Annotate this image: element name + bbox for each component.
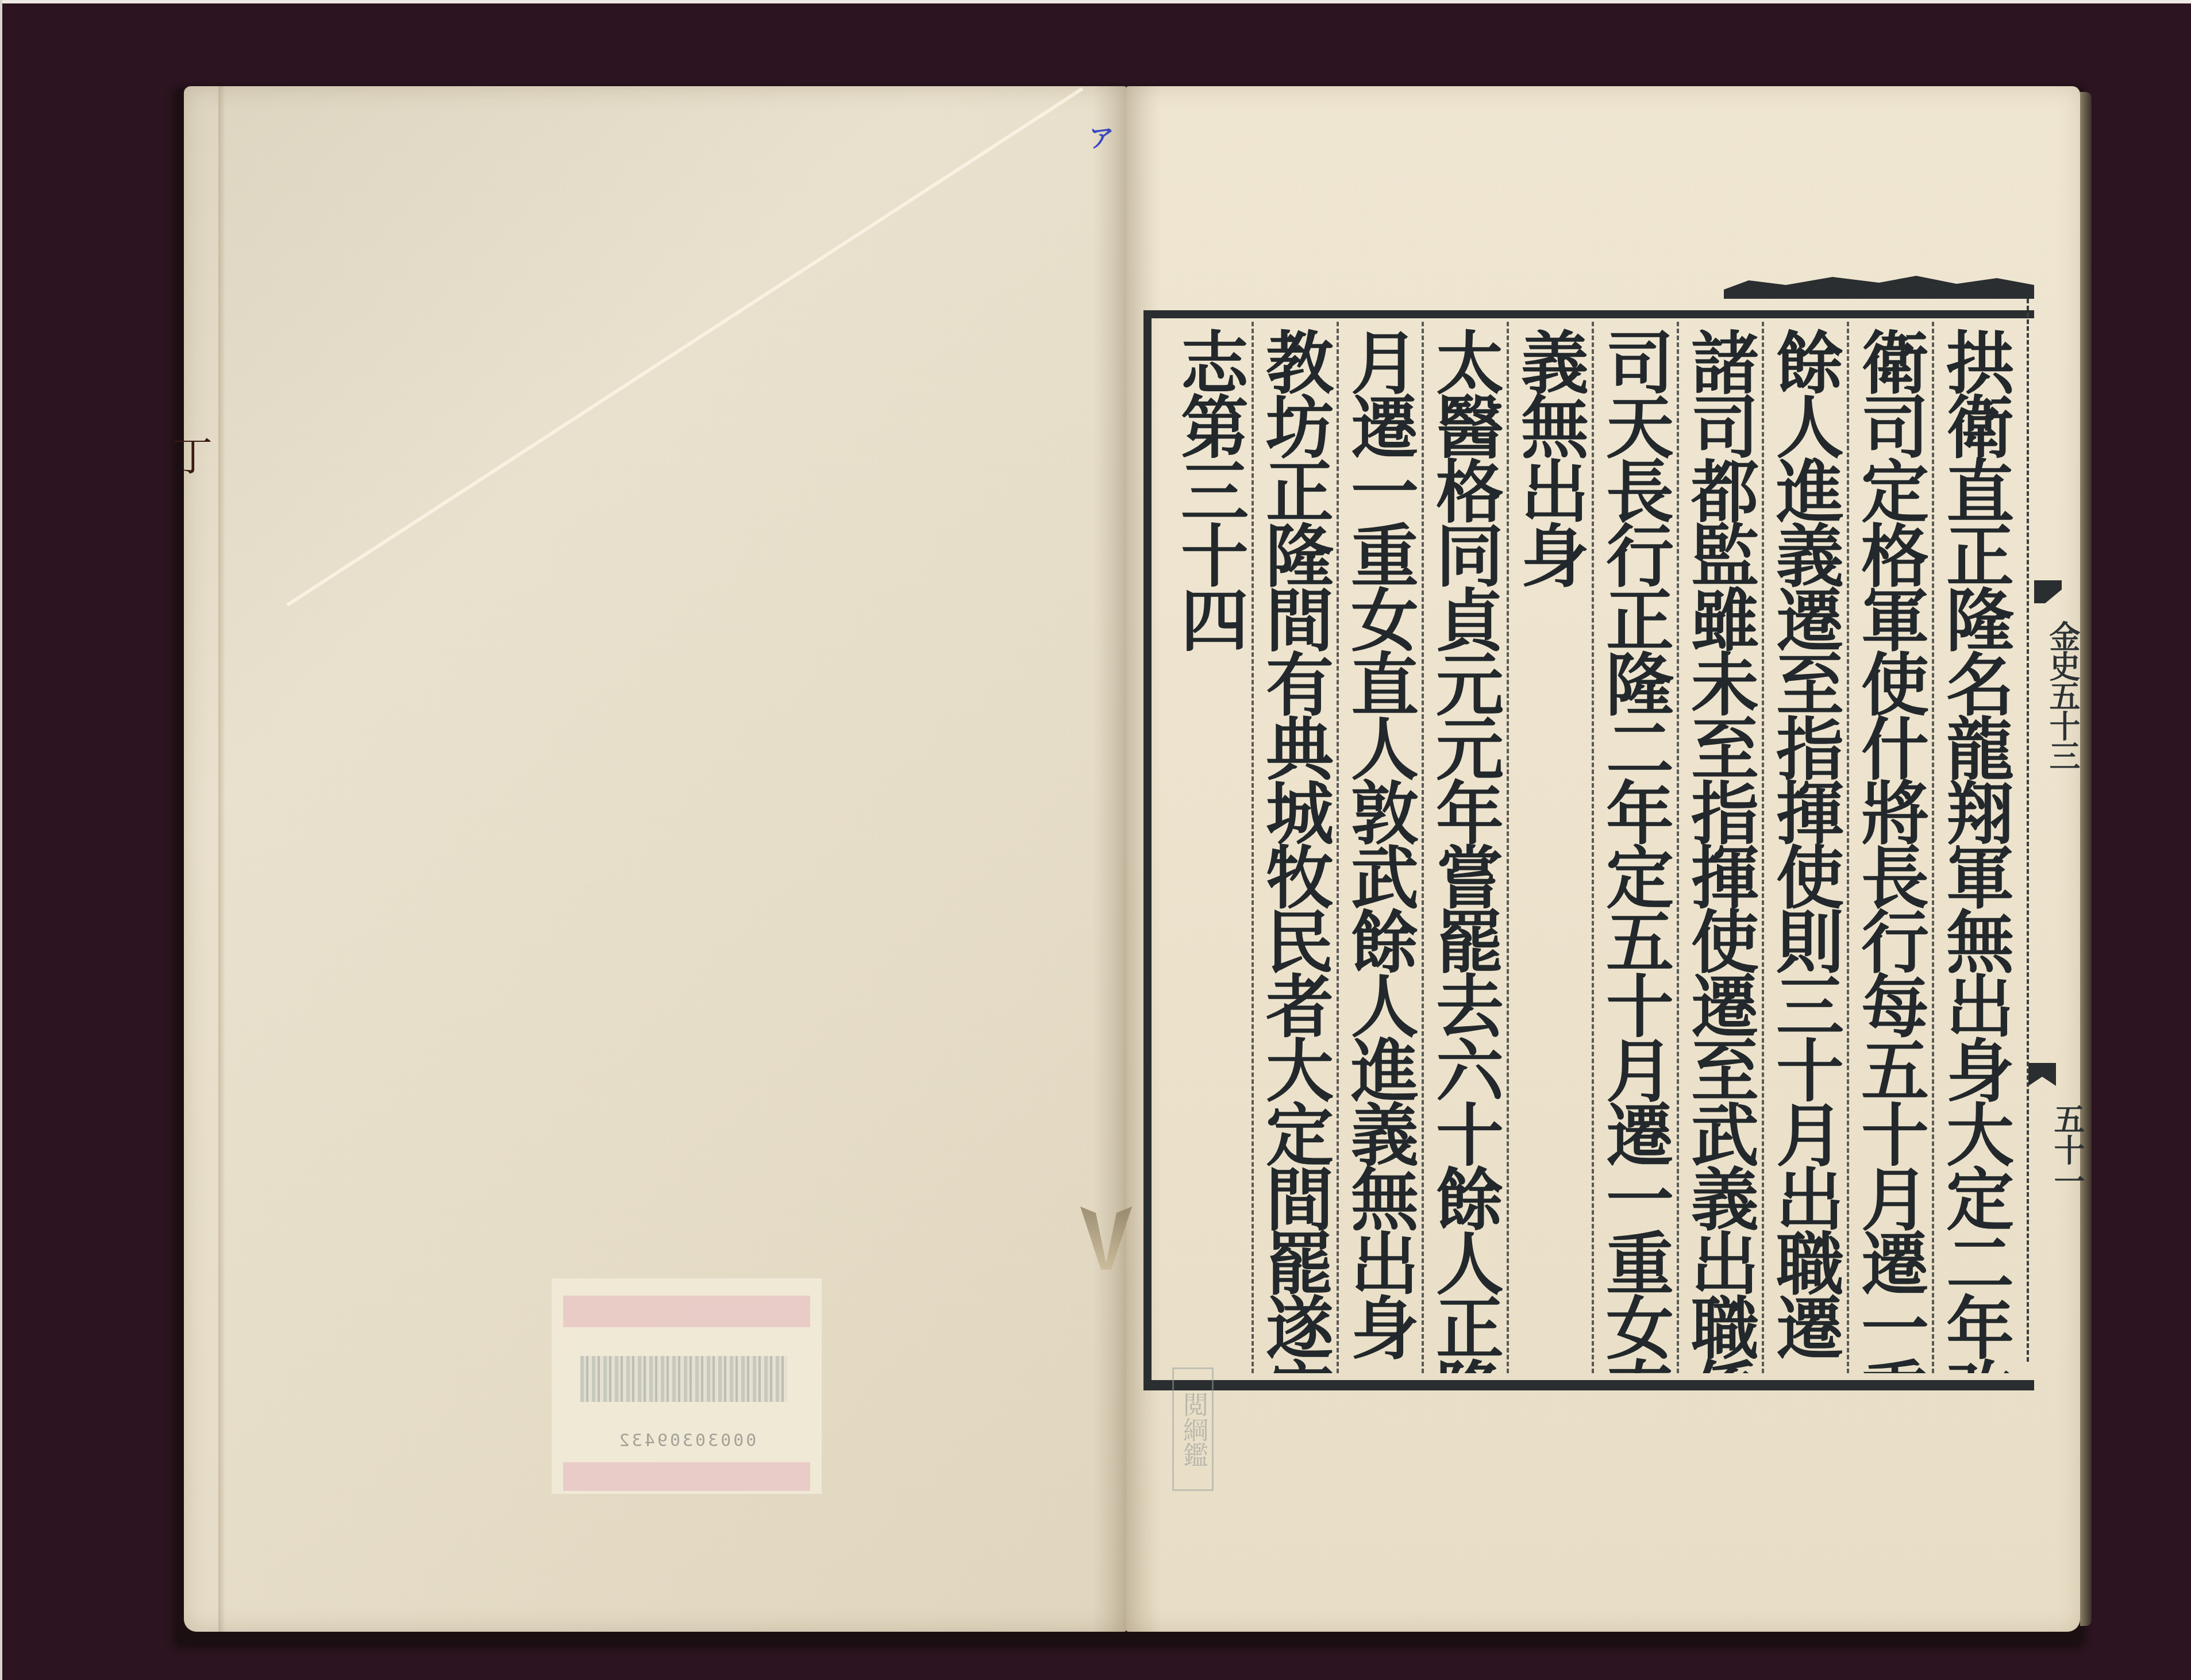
banxin-page-number: 五十一 [2046,1103,2090,1196]
barcode [580,1356,787,1402]
left-page-fold [218,86,225,1632]
scan-left-edge [0,0,2,1680]
library-label: 00030309432 [552,1278,822,1494]
text-columns: 拱衛直正隆名龍翔軍無出身大定二年改龍翔軍爲拱 衛司定格軍使什將長行每五十月遷一重… [1166,322,2017,1373]
label-band-top [563,1296,810,1327]
text-column: 司天長行正隆二年定五十月遷一重女直敦武餘人進 [1592,322,1677,1373]
seal-stamp: 閲綱鑑 [1172,1367,1214,1491]
chapter-title-column: 志第三十四 [1166,322,1252,1373]
banxin-title: 金史五十三 [2041,621,2085,770]
binding-thread-mark: 丁 [172,437,185,500]
text-column: 衛司定格軍使什將長行每五十月遷一重女直人敦武 [1847,322,1932,1373]
text-column: 太醫格同貞元元年嘗罷去六十餘人正隆二年格五十 [1422,322,1507,1373]
page-stack-edge [2080,92,2092,1626]
barcode-number: 00030309432 [552,1431,822,1451]
frame-right-rule [2027,299,2031,1362]
text-column: 教坊正隆間有典城牧民者大定間罷遂定格同上 [1252,322,1337,1373]
scan-top-edge [0,0,2191,3]
label-band-bottom [563,1462,810,1491]
text-column: 拱衛直正隆名龍翔軍無出身大定二年改龍翔軍爲拱 [1932,322,2017,1373]
text-column: 諸司都監雖未至指揮使遷至武義出職係雜班與差使 [1677,322,1762,1373]
text-column: 月遷一重女直人敦武餘人進義無出身 [1337,322,1422,1373]
text-column: 義無出身 [1507,322,1592,1373]
text-column: 餘人進義遷至指揮使則三十月出職遷一重係正班與 [1762,322,1847,1373]
